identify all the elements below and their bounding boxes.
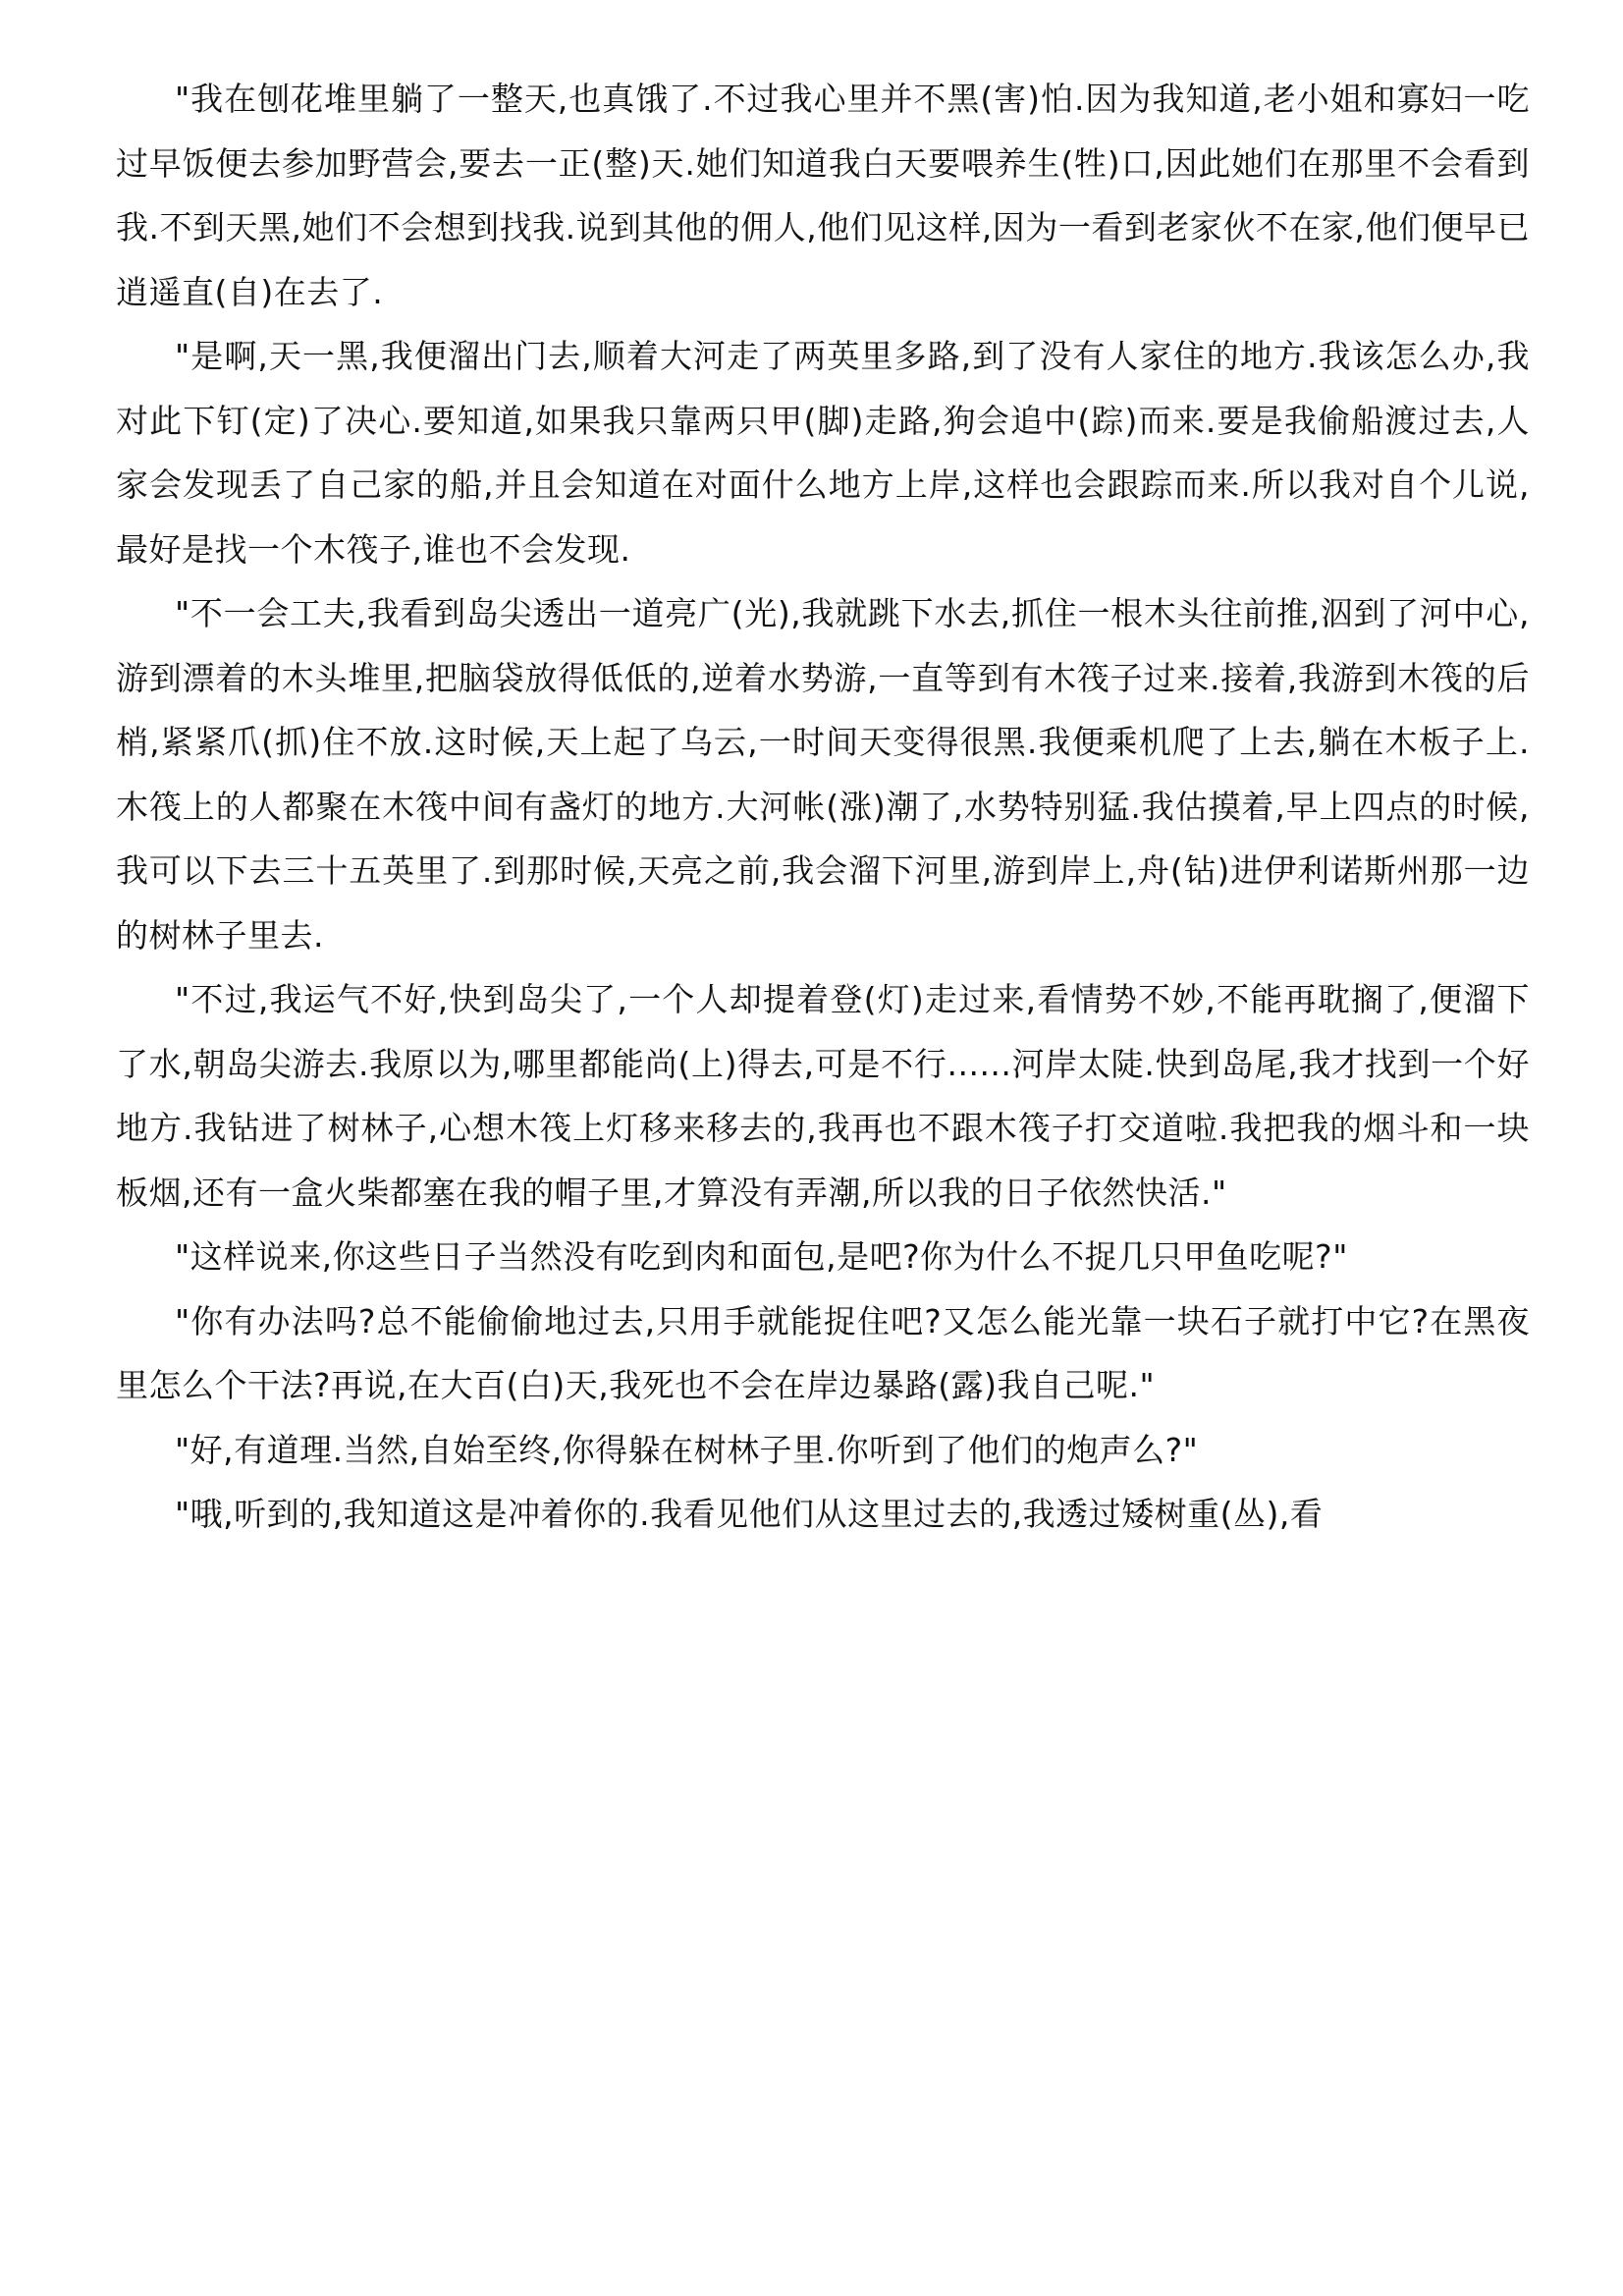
paragraph-7: "好,有道理.当然,自始至终,你得躲在树林子里.你听到了他们的炮声么?" bbox=[116, 1418, 1530, 1483]
paragraph-3: "不一会工夫,我看到岛尖透出一道亮广(光),我就跳下水去,抓住一根木头往前推,泅… bbox=[116, 581, 1530, 967]
paragraph-4: "不过,我运气不好,快到岛尖了,一个人却提着登(灯)走过来,看情势不妙,不能再耽… bbox=[116, 967, 1530, 1225]
document-page: "我在刨花堆里躺了一整天,也真饿了.不过我心里并不黑(害)怕.因为我知道,老小姐… bbox=[116, 67, 1530, 1547]
paragraph-5: "这样说来,你这些日子当然没有吃到肉和面包,是吧?你为什么不捉几只甲鱼吃呢?" bbox=[116, 1225, 1530, 1289]
paragraph-1: "我在刨花堆里躺了一整天,也真饿了.不过我心里并不黑(害)怕.因为我知道,老小姐… bbox=[116, 67, 1530, 324]
paragraph-6: "你有办法吗?总不能偷偷地过去,只用手就能捉住吧?又怎么能光靠一块石子就打中它?… bbox=[116, 1289, 1530, 1418]
paragraph-8: "哦,听到的,我知道这是冲着你的.我看见他们从这里过去的,我透过矮树重(丛),看 bbox=[116, 1482, 1530, 1547]
paragraph-2: "是啊,天一黑,我便溜出门去,顺着大河走了两英里多路,到了没有人家住的地方.我该… bbox=[116, 324, 1530, 581]
